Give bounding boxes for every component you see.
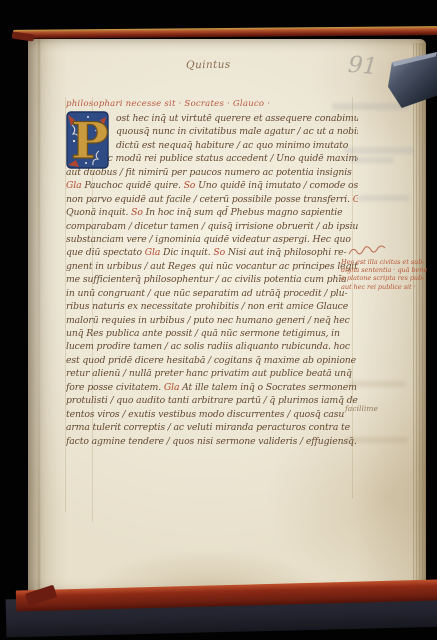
text-segment: que diū spectato: [66, 247, 145, 258]
text-line: unq̄ Res publica ante possit / quā nūc s…: [66, 327, 358, 340]
text-segment: arma tulerit correptis / ac veluti miran…: [66, 422, 350, 433]
text-line: malorū requies in urbibus / puto nec hum…: [66, 314, 358, 327]
speaker-abbrev: So: [184, 180, 198, 191]
text-line: Quonā inquit. So In hoc inq̄ sum qd̄ Phe…: [66, 206, 358, 219]
margin-note-line: a platone scripta res pub-: [341, 274, 437, 282]
speaker-abbrev: Gla: [145, 247, 163, 258]
text-line: ribus naturis ex necessitate prohibitis …: [66, 300, 358, 313]
text-segment: fore posse civitatem.: [66, 382, 164, 393]
text-line: non parvo equidē aut facile / ceterū pos…: [66, 193, 358, 206]
text-line: gnent in urbibus / aut Reges qui nūc voc…: [66, 260, 358, 273]
speaker-abbrev: Gla: [164, 382, 182, 393]
text-line: Gla Pauchoc quidē quire. So Uno quidē in…: [66, 179, 358, 192]
text-line: arma tulerit correptis / ac veluti miran…: [66, 421, 358, 434]
folio-number: 91: [347, 52, 378, 80]
text-line: ad hūc modū rei publice status accedent …: [82, 152, 358, 165]
faint-erased-note: [332, 103, 410, 110]
illuminated-initial-art: P: [66, 111, 110, 169]
text-segment: non parvo equidē aut facile / ceterū pos…: [66, 194, 353, 205]
text-line: que diū spectato Gla Dic inquit. So Nisi…: [66, 246, 358, 259]
manuscript-page: Quintus 91 P: [28, 39, 426, 597]
speaker-abbrev: So: [213, 247, 227, 258]
binding-top-edge: [13, 26, 437, 39]
text-line: fore posse civitatem. Gla At ille talem …: [66, 381, 358, 394]
initial-letter: P: [71, 111, 109, 169]
text-segment: ribus naturis ex necessitate prohibitis …: [66, 301, 348, 312]
text-segment: me sufficienterq̄ philosophentur / ac ci…: [66, 274, 347, 285]
text-line: me sufficienterq̄ philosophentur / ac ci…: [66, 273, 358, 286]
faint-erased-note: [346, 437, 408, 443]
speaker-abbrev: So: [131, 207, 145, 218]
text-segment: in unū congruant / que nūc separatim ad …: [66, 288, 347, 299]
margin-note-line: digna sententia · quā bene: [341, 266, 437, 274]
text-segment: retur alienū / nullā preter hanc privati…: [66, 368, 352, 379]
margin-brown-note: facillime: [345, 404, 378, 413]
text-segment: facto agmine tendere / quos nisi sermone…: [66, 436, 357, 447]
text-segment: ad hūc modū rei publice status accedent …: [82, 153, 358, 164]
text-line: quousq̄ nunc in civitatibus male agatur …: [116, 125, 358, 138]
text-segment: quousq̄ nunc in civitatibus male agatur …: [116, 126, 358, 137]
text-segment: est quod pridē dicere hesitabā / cogitan…: [66, 355, 358, 366]
text-line: protulisti / quo audito tanti arbitrare …: [66, 394, 358, 407]
text-segment: ost hec inq̄ ut virtutē querere et asseq…: [116, 113, 358, 124]
text-line: comparabam / dicetur tamen / quisq̄ irri…: [66, 220, 358, 233]
margin-red-note: Hec est illa civitas et sub-digna senten…: [341, 244, 437, 291]
text-segment: comparabam / dicetur tamen / quisq̄ irri…: [66, 221, 358, 232]
text-segment: Pauchoc quidē quire.: [84, 180, 183, 191]
text-line: facto agmine tendere / quos nisi sermone…: [66, 435, 358, 448]
text-segment: Nisi aut inq̄ philosophi re-: [228, 247, 347, 258]
text-segment: substanciam vere / ignominia quidē videa…: [66, 234, 351, 245]
text-line: retur alienū / nullā preter hanc privati…: [66, 367, 358, 380]
text-line: tentos viros / exutis vestibus modo disc…: [66, 408, 358, 421]
illuminated-initial: P: [66, 111, 110, 169]
text-segment: protulisti / quo audito tanti arbitrare …: [66, 395, 358, 406]
speaker-abbrev: Gla: [66, 180, 84, 191]
text-line: substanciam vere / ignominia quidē videa…: [66, 233, 358, 246]
text-segment: At ille talem inq̄ o Socrates sermonem: [182, 382, 357, 393]
text-segment: gnent in urbibus / aut Reges qui nūc voc…: [66, 261, 358, 272]
text-segment: Uno quidē inq̄ imutato / comode ostender…: [198, 180, 358, 191]
rubric-line: philosophari necesse sit · Socrates · Gl…: [66, 98, 358, 112]
margin-note-line: aut hec rei publice sit ·: [341, 283, 437, 291]
text-segment: tentos viros / exutis vestibus modo disc…: [66, 409, 344, 420]
text-line: in unū congruant / que nūc separatim ad …: [66, 287, 358, 300]
text-line: lucem prodire tamen / ac solis radiis al…: [66, 340, 358, 353]
text-segment: dictū est nequaq̄ habiture / ac quo mini…: [116, 140, 348, 151]
text-segment: unq̄ Res publica ante possit / quā nūc s…: [66, 328, 340, 339]
gutter-fold-line: [38, 39, 40, 597]
margin-note-flourish-icon: [347, 244, 387, 258]
manuscript-photo: Quintus 91 P: [0, 0, 437, 640]
fore-edge-page-stack: [413, 43, 426, 595]
text-segment: Dic inquit.: [163, 247, 213, 258]
text-segment: malorū requies in urbibus / puto nec hum…: [66, 315, 350, 326]
text-segment: Quonā inquit.: [66, 207, 131, 218]
speaker-abbrev: Gla: [353, 194, 358, 205]
faint-erased-note: [358, 195, 410, 201]
running-title: Quintus: [186, 59, 231, 72]
text-segment: In hoc inq̄ sum qd̄ Phebus magno sapient…: [146, 207, 343, 218]
text-line: dictū est nequaq̄ habiture / ac quo mini…: [116, 139, 358, 152]
text-line: est quod pridē dicere hesitabā / cogitan…: [66, 354, 358, 367]
faint-erased-note: [348, 381, 406, 387]
margin-note-line: Hec est illa civitas et sub-: [341, 258, 437, 266]
faint-erased-note: [350, 157, 394, 163]
faint-erased-note: [344, 147, 414, 154]
text-segment: lucem prodire tamen / ac solis radiis al…: [66, 341, 350, 352]
margin-red-note-lines: Hec est illa civitas et sub-digna senten…: [341, 258, 437, 291]
text-line: ost hec inq̄ ut virtutē querere et asseq…: [116, 112, 358, 125]
